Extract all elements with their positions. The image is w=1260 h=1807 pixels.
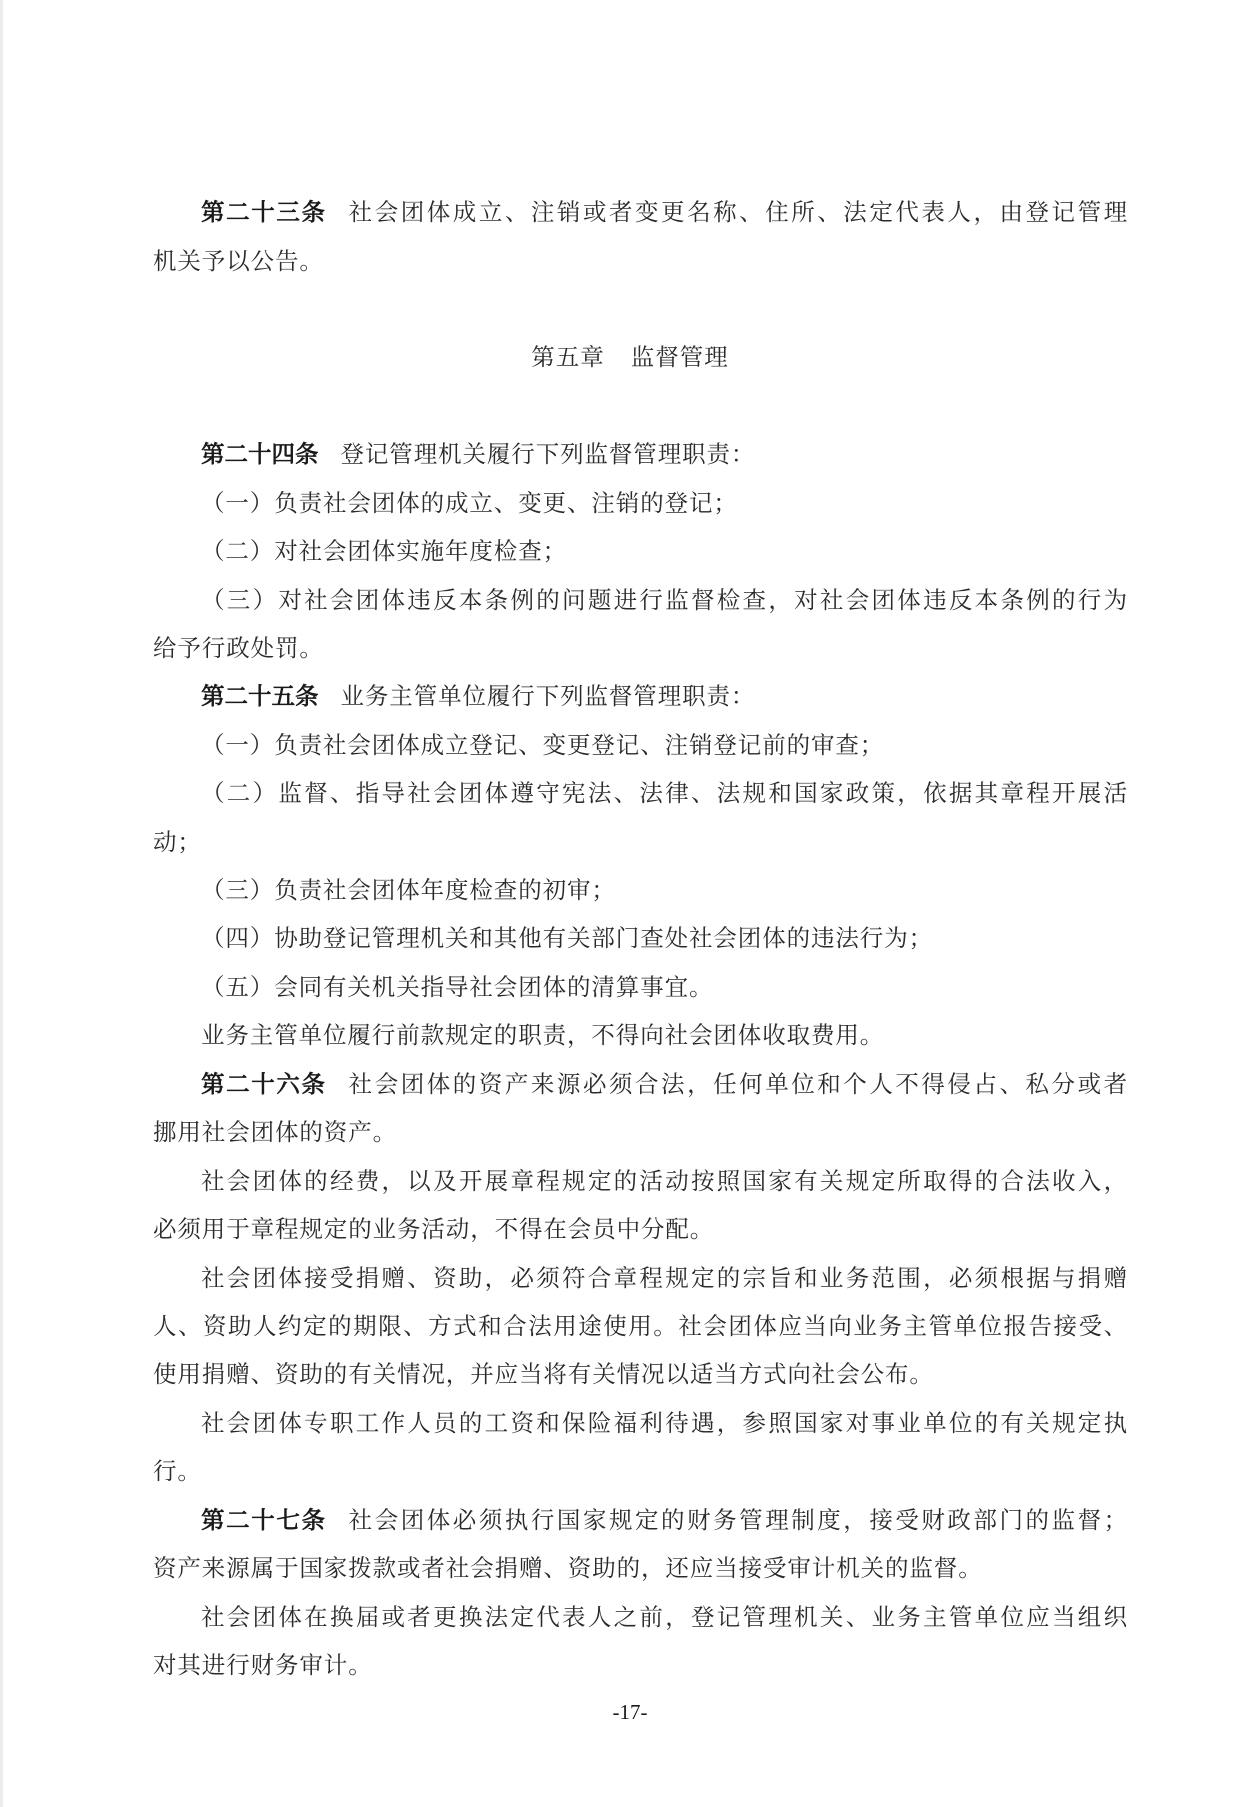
text-line: 业务主管单位履行前款规定的职责，不得向社会团体收取费用。 [201, 1011, 1128, 1059]
article-line: 第二十七条社会团体必须执行国家规定的财务管理制度，接受财政部门的监督； [201, 1496, 1128, 1544]
chapter-number: 第五章 [531, 343, 605, 371]
text-line: 社会团体接受捐赠、资助，必须符合章程规定的宗旨和业务范围，必须根据与捐赠 [201, 1254, 1128, 1302]
text-line: 给予行政处罚。 [153, 624, 1128, 672]
text-line: （三）负责社会团体年度检查的初审； [201, 866, 1128, 914]
text-line: （二）对社会团体实施年度检查； [201, 527, 1128, 575]
text-line: （二）监督、指导社会团体遵守宪法、法律、法规和国家政策，依据其章程开展活 [201, 769, 1128, 817]
article-number: 第二十五条 [201, 682, 319, 710]
article-number: 第二十四条 [201, 440, 319, 468]
text-line: （一）负责社会团体的成立、变更、注销的登记； [201, 479, 1128, 527]
line-text: 使用捐赠、资助的有关情况，并应当将有关情况以适当方式向社会公布。 [153, 1360, 934, 1388]
text-line: 社会团体专职工作人员的工资和保险福利待遇，参照国家对事业单位的有关规定执 [201, 1399, 1128, 1447]
text-line: （三）对社会团体违反本条例的问题进行监督检查，对社会团体违反本条例的行为 [201, 576, 1128, 624]
line-text: 动； [153, 828, 202, 856]
line-text: 必须用于章程规定的业务活动，不得在会员中分配。 [153, 1215, 714, 1243]
line-text: 社会团体在换届或者更换法定代表人之前，登记管理机关、业务主管单位应当组织 [201, 1603, 1128, 1631]
text-line: 资产来源属于国家拨款或者社会捐赠、资助的，还应当接受审计机关的监督。 [153, 1544, 1128, 1592]
line-text: （三）对社会团体违反本条例的问题进行监督检查，对社会团体违反本条例的行为 [201, 586, 1128, 614]
text-line: 社会团体的经费，以及开展章程规定的活动按照国家有关规定所取得的合法收入， [201, 1157, 1128, 1205]
line-text: （五）会同有关机关指导社会团体的清算事宜。 [201, 973, 713, 1001]
text-line: 社会团体在换届或者更换法定代表人之前，登记管理机关、业务主管单位应当组织 [201, 1593, 1128, 1641]
text-line: 机关予以公告。 [153, 237, 1128, 285]
line-text: 资产来源属于国家拨款或者社会捐赠、资助的，还应当接受审计机关的监督。 [153, 1554, 983, 1582]
article-line: 第二十五条业务主管单位履行下列监督管理职责： [201, 672, 1128, 720]
line-text: 机关予以公告。 [153, 247, 324, 275]
line-text: 社会团体的资产来源必须合法，任何单位和个人不得侵占、私分或者 [349, 1070, 1128, 1098]
line-text: 挪用社会团体的资产。 [153, 1118, 397, 1146]
line-text: （三）负责社会团体年度检查的初审； [201, 876, 616, 904]
chapter-heading: 第五章监督管理 [0, 333, 1260, 381]
line-text: 社会团体必须执行国家规定的财务管理制度，接受财政部门的监督； [349, 1506, 1128, 1534]
article-line: 第二十六条社会团体的资产来源必须合法，任何单位和个人不得侵占、私分或者 [201, 1060, 1128, 1108]
text-line: 行。 [153, 1447, 1128, 1495]
page-edge [0, 0, 3, 1807]
line-text: 社会团体成立、注销或者变更名称、住所、法定代表人，由登记管理 [349, 198, 1128, 226]
line-text: 登记管理机关履行下列监督管理职责： [341, 440, 756, 468]
article-number: 第二十六条 [201, 1070, 327, 1098]
line-text: 对其进行财务审计。 [153, 1651, 373, 1679]
chapter-title: 监督管理 [631, 343, 729, 371]
article-line: 第二十三条社会团体成立、注销或者变更名称、住所、法定代表人，由登记管理 [201, 188, 1128, 236]
article-number: 第二十七条 [201, 1506, 327, 1534]
line-text: 给予行政处罚。 [153, 634, 324, 662]
text-line: 人、资助人约定的期限、方式和合法用途使用。社会团体应当向业务主管单位报告接受、 [153, 1302, 1128, 1350]
page-number: -17- [0, 1697, 1260, 1727]
article-number: 第二十三条 [201, 198, 327, 226]
line-text: 社会团体专职工作人员的工资和保险福利待遇，参照国家对事业单位的有关规定执 [201, 1409, 1128, 1437]
text-line: 使用捐赠、资助的有关情况，并应当将有关情况以适当方式向社会公布。 [153, 1350, 1128, 1398]
line-text: （二）监督、指导社会团体遵守宪法、法律、法规和国家政策，依据其章程开展活 [201, 779, 1128, 807]
text-line: 必须用于章程规定的业务活动，不得在会员中分配。 [153, 1205, 1128, 1253]
line-text: 社会团体的经费，以及开展章程规定的活动按照国家有关规定所取得的合法收入， [201, 1167, 1128, 1195]
text-line: （五）会同有关机关指导社会团体的清算事宜。 [201, 963, 1128, 1011]
line-text: 人、资助人约定的期限、方式和合法用途使用。社会团体应当向业务主管单位报告接受、 [153, 1312, 1128, 1340]
line-text: （二）对社会团体实施年度检查； [201, 537, 567, 565]
line-text: 业务主管单位履行下列监督管理职责： [341, 682, 756, 710]
line-text: 行。 [153, 1457, 202, 1485]
line-text: （一）负责社会团体的成立、变更、注销的登记； [201, 489, 738, 517]
text-line: 挪用社会团体的资产。 [153, 1108, 1128, 1156]
text-line: （四）协助登记管理机关和其他有关部门查处社会团体的违法行为； [201, 914, 1128, 962]
text-line: 对其进行财务审计。 [153, 1641, 1128, 1689]
line-text: （四）协助登记管理机关和其他有关部门查处社会团体的违法行为； [201, 924, 933, 952]
line-text: 社会团体接受捐赠、资助，必须符合章程规定的宗旨和业务范围，必须根据与捐赠 [201, 1264, 1128, 1292]
line-text: （一）负责社会团体成立登记、变更登记、注销登记前的审查； [201, 731, 884, 759]
text-line: （一）负责社会团体成立登记、变更登记、注销登记前的审查； [201, 721, 1128, 769]
article-line: 第二十四条登记管理机关履行下列监督管理职责： [201, 430, 1128, 478]
text-line: 动； [153, 818, 1128, 866]
line-text: 业务主管单位履行前款规定的职责，不得向社会团体收取费用。 [201, 1021, 884, 1049]
